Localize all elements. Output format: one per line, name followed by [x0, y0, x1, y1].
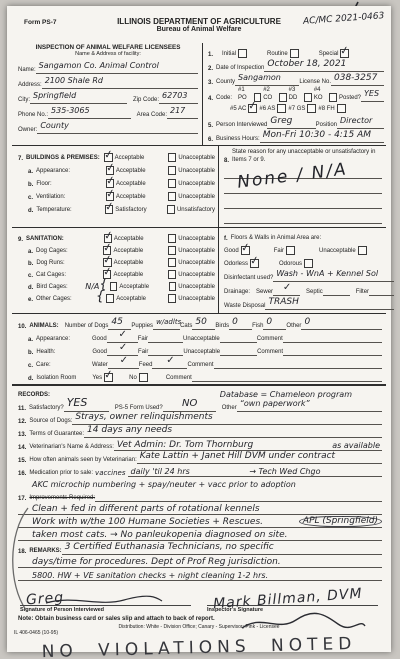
row-letter: e.	[28, 297, 33, 303]
dog-runs-unacceptable-checkbox[interactable]	[168, 258, 176, 267]
check-icon: ✓	[105, 186, 116, 200]
check-icon: ✓	[104, 199, 115, 213]
other-value: 0	[304, 317, 310, 327]
other-cages-acceptable-checkbox[interactable]	[106, 294, 114, 303]
city-label: City:	[18, 97, 30, 105]
bird-cages-label: Bird Cages:	[36, 284, 85, 292]
row-letter: a.	[28, 249, 33, 255]
records-section: RECORDS: Database = Chameleon program 11…	[12, 386, 386, 581]
itemf-letter: f.	[224, 236, 228, 242]
good-label: Good	[224, 248, 239, 256]
remarks-label: REMARKS:	[29, 548, 61, 556]
option-label: Acceptable	[116, 181, 166, 189]
owner-label: Owner:	[18, 127, 37, 135]
code3-checkbox[interactable]	[304, 93, 312, 102]
health-unacceptable-field[interactable]	[220, 355, 257, 356]
fish-field[interactable]: 0	[263, 311, 286, 330]
option-label: Acceptable	[116, 296, 166, 304]
bureau-title: Bureau of Animal Welfare	[12, 26, 386, 33]
check-icon: ✓	[166, 355, 174, 366]
license-no-value: 038-3257	[334, 73, 377, 83]
puppies-value: w/adlts	[156, 318, 181, 326]
code2-checkbox[interactable]	[279, 93, 287, 102]
animals-care-label: Care:	[36, 362, 92, 370]
fw-unacceptable-checkbox[interactable]	[358, 246, 367, 255]
item15-number: 15.	[18, 458, 26, 464]
footer-note: Note: Obtain business card or sales slip…	[12, 616, 386, 622]
cats-field[interactable]: 50	[192, 311, 215, 330]
option-label: Acceptable	[114, 236, 166, 244]
satisfactory-label: Satisfactory?	[29, 405, 64, 413]
cat-cages-label: Cat Cages:	[36, 272, 101, 280]
option-label: Unacceptable	[178, 194, 215, 202]
waste-disposal-field[interactable]: TRASH	[265, 291, 394, 310]
improvements-line2: Work with w/the 100 Humane Societies + R…	[32, 518, 299, 527]
item1-number: 1.	[208, 52, 213, 58]
top-block: INSPECTION OF ANIMAL WELFARE LICENSEES N…	[12, 43, 386, 146]
comment-label: Comment	[257, 349, 283, 357]
health-comment-field[interactable]	[283, 355, 382, 356]
row-letter: d.	[28, 285, 33, 291]
terms-of-guarantee-field[interactable]: 14 days any needs	[84, 419, 382, 438]
item12-number: 12.	[18, 419, 26, 425]
yes-label: Yes	[92, 375, 102, 383]
fair-label: Fair	[138, 336, 148, 344]
form-paper: Form PS-7 ILLINOIS DEPARTMENT OF AGRICUL…	[7, 6, 391, 652]
option-label: Acceptable	[114, 260, 166, 268]
waste-disposal-label: Waste Disposal	[224, 303, 265, 311]
signature-block: Greg Signature of Person Interviewed Mar…	[12, 589, 386, 613]
item5-number: 5.	[208, 123, 213, 129]
unacceptable-label: Unacceptable	[183, 349, 220, 357]
care-feed-field[interactable]: ✓	[152, 350, 187, 369]
initial-checkbox[interactable]	[238, 49, 247, 58]
isolation-comment-field[interactable]	[192, 381, 382, 382]
birds-field[interactable]: 0	[229, 311, 252, 330]
animals-title: ANIMALS:	[29, 323, 58, 331]
county-value: Sangamon	[238, 73, 281, 82]
sanitation-title: SANITATION:	[26, 236, 102, 244]
zip-label: Zip Code:	[133, 97, 159, 105]
option-label: Acceptable	[119, 284, 166, 292]
option-label: Acceptable	[116, 168, 166, 176]
item16-number: 16.	[18, 471, 26, 477]
waste-disposal-value: TRASH	[268, 297, 298, 307]
fw-unacceptable-label: Unacceptable	[319, 248, 356, 256]
medication-value2: → Tech Wed Chgo	[190, 468, 380, 476]
sanitation-unacceptable-checkbox[interactable]	[168, 234, 176, 243]
improvements-line1: Clean + fed in different parts of rotati…	[32, 505, 260, 514]
city-value: Springfield	[33, 91, 76, 100]
animals-health-label: Health:	[36, 349, 92, 357]
option-label: Unacceptable	[178, 284, 215, 292]
fair-label: Fair	[138, 349, 148, 357]
option-label: Unacceptable	[178, 248, 215, 256]
option-label: Satisfactory	[115, 207, 165, 215]
state-reason-section: 8. State reason for any unacceptable or …	[219, 146, 386, 227]
form-header: Form PS-7 ILLINOIS DEPARTMENT OF AGRICUL…	[12, 13, 386, 43]
bp-acceptable-label: Acceptable	[115, 155, 167, 163]
option-label: Acceptable	[113, 248, 165, 256]
business-hours-label: Business Hours:	[216, 136, 260, 144]
reason-line[interactable]	[224, 209, 382, 224]
scanned-form-page: Form PS-7 ILLINOIS DEPARTMENT OF AGRICUL…	[0, 0, 400, 659]
routine-checkbox[interactable]	[290, 49, 299, 58]
check-icon: ✓	[240, 240, 251, 254]
temperature-unsatisfactory-checkbox[interactable]	[167, 205, 175, 214]
item6-number: 6.	[208, 137, 213, 143]
appearance-label: Appearance:	[36, 168, 104, 176]
records-title: RECORDS:	[18, 392, 50, 400]
no-label: No	[129, 375, 137, 383]
option-label: Acceptable	[113, 272, 165, 280]
item17-number: 17.	[18, 496, 26, 502]
item9-number: 9.	[18, 237, 23, 243]
code2-label: #2 CO	[263, 87, 277, 102]
zip-value: 62703	[162, 91, 187, 100]
num-dogs-label: Number of Dogs	[65, 323, 109, 331]
facility-column: INSPECTION OF ANIMAL WELFARE LICENSEES N…	[12, 43, 203, 145]
remarks-line1: 3 Certified Euthanasia Technicians, no s…	[65, 542, 274, 552]
row-letter: b.	[28, 261, 33, 267]
cat-cages-unacceptable-checkbox[interactable]	[168, 270, 176, 279]
other-cages-unacceptable-checkbox[interactable]	[168, 294, 176, 303]
vet-frequency-field[interactable]: Kate Lattin + Janet Hill DVM under contr…	[137, 445, 382, 464]
unacceptable-label: Unacceptable	[183, 336, 220, 344]
form-number: Form PS-7	[24, 19, 57, 26]
disinfectant-label: Disinfectant used?	[224, 275, 273, 283]
row-letter: b.	[28, 182, 33, 188]
medication-field[interactable]: daily 'til 24 hrs→ Tech Wed Chgo	[128, 468, 382, 477]
other-field[interactable]: 0	[301, 311, 382, 330]
check-icon: ✓	[249, 253, 260, 267]
fish-value: 0	[266, 317, 272, 327]
drainage-label: Drainage:	[224, 289, 250, 297]
code5-checkbox[interactable]: ✓	[248, 104, 257, 113]
feed-label: Feed	[139, 362, 153, 370]
comment-label: Comment	[166, 375, 192, 383]
option-label: Unacceptable	[178, 236, 215, 244]
bp-unacceptable-label: Unacceptable	[178, 155, 215, 163]
check-icon: ✓	[105, 173, 116, 187]
row-letter: d.	[28, 376, 33, 382]
item8-number: 8.	[224, 158, 229, 164]
buildings-premises-section: 7. BUILDINGS & PREMISES: ✓ Acceptable Un…	[12, 146, 219, 227]
cats-value: 50	[195, 317, 206, 327]
good-checkbox[interactable]: ✓	[241, 246, 250, 255]
item18-number: 18.	[18, 549, 26, 555]
isolation-yes-checkbox[interactable]: ✓	[104, 373, 113, 382]
code7-checkbox[interactable]	[307, 104, 316, 113]
other-cages-label: Other Cages:	[36, 296, 88, 304]
good-label: Good	[92, 336, 107, 344]
county-label: County	[216, 79, 235, 87]
fair-checkbox[interactable]	[286, 246, 295, 255]
business-hours-value: Mon-Fri 10:30 - 4:15 AM	[263, 130, 371, 140]
fish-label: Fish	[252, 323, 263, 331]
option-label: Unacceptable	[178, 272, 215, 280]
row-letter: a.	[28, 337, 33, 343]
ventilation-unacceptable-checkbox[interactable]	[168, 192, 176, 201]
floor-unacceptable-checkbox[interactable]	[168, 179, 176, 188]
row-letter: d.	[28, 208, 33, 214]
vet-frequency-label: How often animals seen by Veterinarian:	[29, 457, 136, 465]
name-value: Sangamon Co. Animal Control	[39, 61, 159, 70]
option-label: Unacceptable	[178, 168, 215, 176]
option-label: Acceptable	[116, 194, 166, 202]
medication-value: daily 'til 24 hrs	[131, 468, 190, 476]
terms-of-guarantee-value: 14 days any needs	[87, 425, 172, 435]
brace-handwritten: {	[96, 290, 104, 303]
posted-field[interactable]: YES	[361, 83, 384, 102]
sanitation-section: 9. SANITATION: ✓ Acceptable Unacceptable…	[12, 228, 219, 313]
item4-number: 4.	[208, 96, 213, 102]
area-code-value: 217	[170, 106, 185, 115]
item13-number: 13.	[18, 432, 26, 438]
check-icon: ✓	[120, 355, 128, 366]
fair-label: Fair	[274, 248, 284, 256]
isolation-no-checkbox[interactable]	[139, 373, 148, 382]
person-interviewed-signature-label: Signature of Person Interviewed	[20, 607, 191, 613]
option-label: Unacceptable	[178, 296, 215, 304]
address-value: 2100 Shale Rd	[45, 76, 103, 85]
remarks-line3: 5800. HW + VE sanitation checks + night …	[32, 572, 268, 580]
row-letter: c.	[28, 195, 33, 201]
code4-label: #4 KO	[314, 87, 328, 102]
birds-label: Birds	[215, 323, 229, 331]
birds-value: 0	[232, 317, 238, 327]
code3-label: #3 DD	[289, 87, 303, 102]
temperature-label: Temperature:	[36, 207, 103, 215]
row-letter: b.	[28, 350, 33, 356]
inspector-signature-field[interactable]: Mark Billman, DVM	[207, 589, 378, 606]
item2-number: 2.	[208, 66, 213, 72]
section-7-8: 7. BUILDINGS & PREMISES: ✓ Acceptable Un…	[12, 146, 386, 228]
remarks-line2: days/time for procedures. Dept of Prof R…	[32, 558, 281, 567]
animals-section: 10. ANIMALS: Number of Dogs 45 Puppies w…	[12, 314, 386, 386]
reason-line[interactable]	[224, 194, 382, 209]
owner-field[interactable]: County	[37, 115, 198, 134]
special-checkbox[interactable]: ✓	[340, 49, 349, 58]
appearance-comment-field[interactable]	[283, 342, 382, 343]
check-icon: ✓	[105, 160, 116, 174]
no-violations-handwritten: NO VIOLATIONS NOTED	[12, 633, 386, 659]
appearance-unacceptable-checkbox[interactable]	[168, 166, 176, 175]
form-footer: Note: Obtain business card or sales slip…	[12, 616, 386, 658]
veterinarian-label: Veterinarian's Name & Address:	[29, 444, 114, 452]
row-letter: c.	[28, 363, 33, 369]
vet-frequency-value: Kate Lattin + Janet Hill DVM under contr…	[140, 451, 335, 461]
person-interviewed-signature: Greg	[25, 590, 64, 609]
check-icon: ✓	[339, 43, 350, 57]
cats-label: Cats	[180, 323, 192, 331]
owner-value: County	[40, 121, 69, 130]
dog-runs-label: Dog Runs:	[36, 260, 101, 268]
row-letter: a.	[28, 169, 33, 175]
posted-value: YES	[364, 89, 379, 98]
form-title: INSPECTION OF ANIMAL WELFARE LICENSEES	[18, 44, 198, 51]
improvements-required-label: Improvements Required:	[29, 495, 95, 503]
county-field[interactable]: Sangamon	[235, 67, 299, 86]
puppies-field[interactable]: w/adlts	[153, 311, 180, 330]
improvements-field[interactable]	[95, 501, 382, 502]
other-label: Other	[286, 323, 301, 331]
comment-label: Comment	[257, 336, 283, 344]
row-letter: c.	[28, 273, 33, 279]
floor-label: Floor:	[36, 181, 104, 189]
floors-walls-section: f. Floors & Walls in Animal Area are: Go…	[219, 228, 398, 313]
posted-label: Posted?	[339, 95, 361, 103]
care-comment-field[interactable]	[214, 368, 383, 369]
animals-appearance-label: Appearance:	[36, 336, 92, 344]
code8-checkbox[interactable]	[337, 104, 346, 113]
comment-label: Comment	[187, 362, 213, 370]
section-9: 9. SANITATION: ✓ Acceptable Unacceptable…	[12, 228, 386, 314]
terms-of-guarantee-label: Terms of Guarantee:	[29, 431, 84, 439]
item10-number: 10.	[18, 324, 26, 330]
improvements-line2b: APL (Springfield)	[299, 516, 382, 527]
dog-cages-label: Dog Cages:	[36, 248, 101, 256]
buildings-premises-title: BUILDINGS & PREMISES:	[26, 155, 102, 163]
odorless-checkbox[interactable]: ✓	[250, 259, 259, 268]
care-water-field[interactable]: ✓	[108, 350, 139, 369]
item14-number: 14.	[18, 445, 26, 451]
ventilation-label: Ventilation:	[36, 194, 104, 202]
code6-checkbox[interactable]	[277, 104, 286, 113]
option-label: Unacceptable	[178, 181, 215, 189]
medication-label: Medication prior to sale:	[29, 470, 93, 478]
code5-label: #5 AC	[230, 106, 246, 114]
item11-number: 11.	[18, 406, 26, 412]
name-label: Name:	[18, 67, 36, 75]
appearance-unacceptable-field[interactable]	[220, 342, 257, 343]
remarks-field[interactable]: 3 Certified Euthanasia Technicians, no s…	[62, 536, 382, 555]
license-no-label: License No.	[299, 79, 331, 87]
odorous-checkbox[interactable]	[304, 259, 313, 268]
person-interviewed-signature-field[interactable]: Greg	[20, 589, 191, 606]
temperature-satisfactory-checkbox[interactable]: ✓	[105, 205, 113, 214]
code-label: Code:	[216, 95, 232, 103]
check-icon: ✓	[102, 264, 113, 278]
business-hours-field[interactable]: Mon-Fri 10:30 - 4:15 AM	[260, 124, 384, 143]
cat-cages-acceptable-checkbox[interactable]: ✓	[103, 270, 111, 279]
bird-cages-unacceptable-checkbox[interactable]	[169, 282, 177, 291]
item3-number: 3.	[208, 80, 213, 86]
state-reason-label: State reason for any unacceptable or uns…	[232, 149, 382, 164]
source-of-dogs-label: Source of Dogs:	[29, 418, 72, 426]
check-icon: ✓	[103, 367, 114, 381]
good-label: Good	[92, 349, 107, 357]
appearance-fair-field[interactable]	[148, 342, 183, 343]
phone-value: 535-3065	[51, 106, 90, 115]
isolation-room-label: Isolation Room	[36, 375, 92, 383]
bp-unacceptable-checkbox[interactable]	[168, 153, 176, 162]
bird-cages-acceptable-checkbox[interactable]	[110, 282, 118, 291]
odorless-label: Odorless	[224, 261, 248, 269]
option-label: Unsatisfactory	[177, 207, 215, 215]
medication-value3: AKC microchip numbering + spay/neuter + …	[32, 481, 296, 489]
code8-label: #8 FH	[318, 106, 334, 114]
item7-number: 7.	[18, 156, 23, 162]
initial-label: Initial	[222, 51, 236, 59]
medication-note-handwritten: vaccines	[95, 470, 125, 477]
option-label: Unacceptable	[178, 260, 215, 268]
inspection-meta-column: 1. Initial Routine Special ✓ 2. Date of …	[203, 43, 386, 145]
code4-checkbox[interactable]	[329, 93, 337, 102]
dog-cages-unacceptable-checkbox[interactable]	[168, 246, 176, 255]
